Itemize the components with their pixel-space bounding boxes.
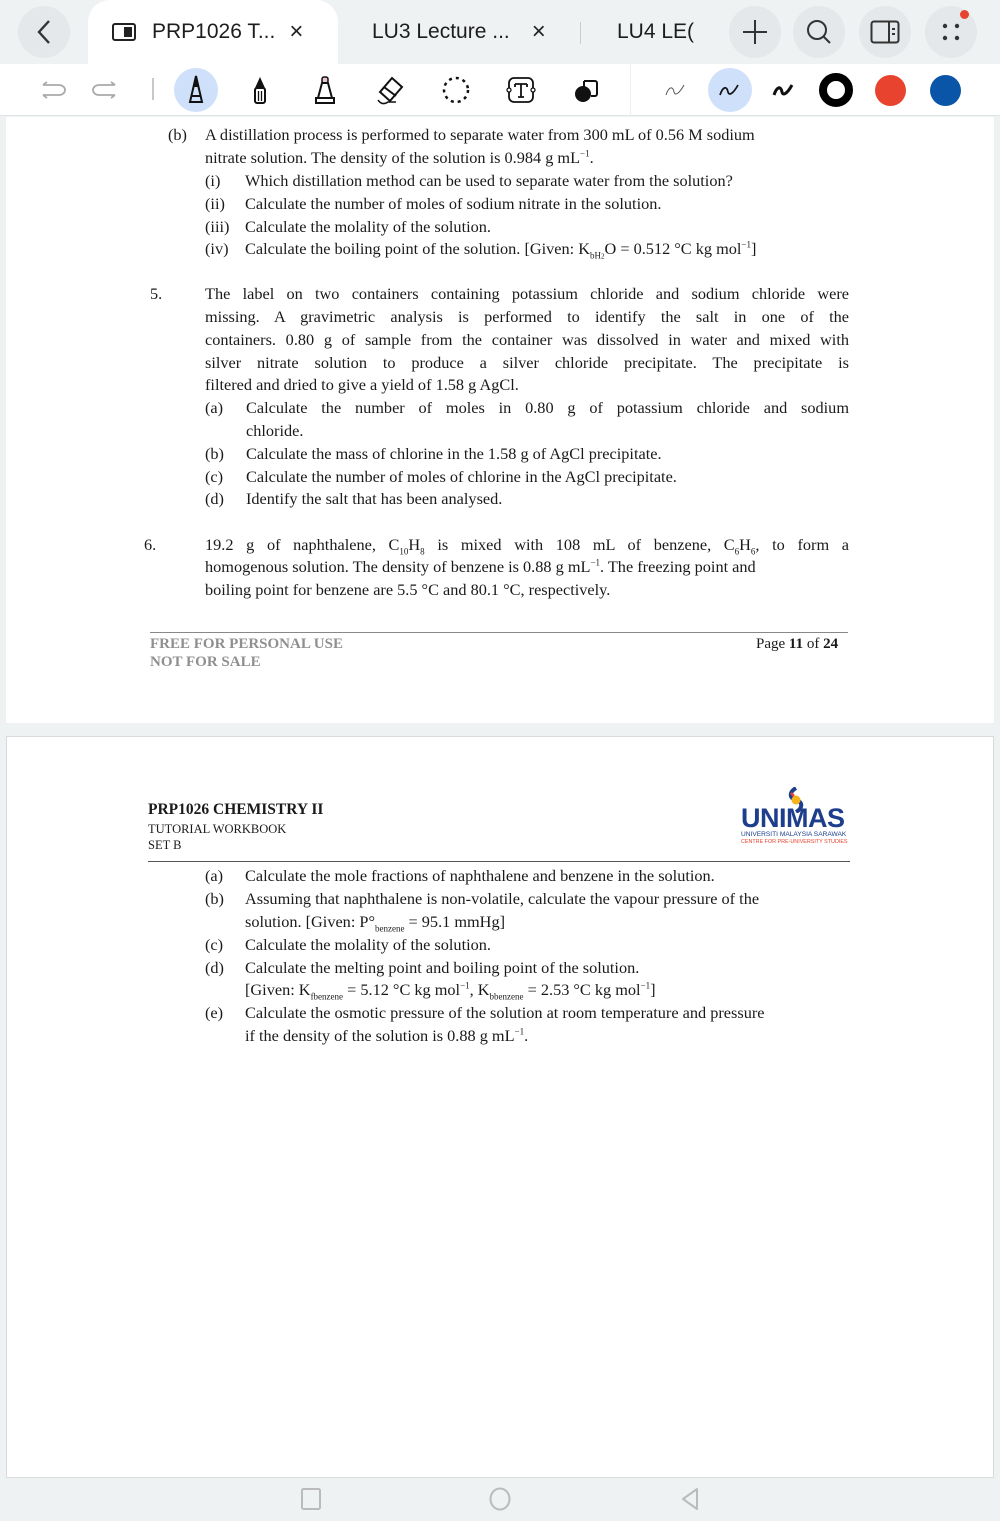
set-label: SET B: [148, 838, 181, 853]
pencil-icon: [250, 74, 270, 106]
annotation-toolbar: [0, 64, 1000, 116]
home-button[interactable]: [487, 1486, 513, 1512]
tab-bar: PRP1026 T... × LU3 Lecture ... × LU4 LE(: [0, 0, 1000, 64]
course-title: PRP1026 CHEMISTRY II: [148, 801, 323, 819]
subpart-text: [Given: Kfbenzene = 5.12 °C kg mol−1, Kb…: [245, 980, 656, 1001]
subpart-text: Identify the salt that has been analysed…: [246, 489, 502, 509]
shapes-icon: [570, 74, 602, 106]
more-button[interactable]: [925, 6, 977, 58]
color-blue[interactable]: [923, 68, 967, 112]
question-text: nitrate solution. The density of the sol…: [205, 148, 594, 168]
thin-stroke-icon: [663, 80, 689, 100]
subpart-label: (iii): [205, 217, 229, 237]
close-tab-button[interactable]: ×: [532, 18, 546, 46]
subpart-text: Assuming that naphthalene is non-volatil…: [245, 889, 759, 909]
split-view-icon: [870, 20, 900, 44]
subpart-text: Calculate the number of moles of sodium …: [245, 194, 661, 214]
subpart-text: Calculate the molality of the solution.: [245, 217, 491, 237]
subpart-label: (i): [205, 171, 220, 191]
question-number: 6.: [144, 535, 156, 555]
document-icon: [112, 23, 136, 41]
stroke-thick[interactable]: [762, 68, 806, 112]
question-number: 5.: [150, 284, 162, 304]
workbook-subtitle: TUTORIAL WORKBOOK: [148, 822, 286, 837]
redo-icon: [89, 80, 119, 100]
redo-button[interactable]: [82, 68, 126, 112]
question-text: boiling point for benzene are 5.5 °C and…: [205, 580, 610, 600]
highlighter-tool[interactable]: [303, 68, 347, 112]
subpart-label: (a): [205, 398, 223, 418]
subpart-label: (e): [205, 1003, 223, 1023]
new-tab-button[interactable]: [729, 6, 781, 58]
plus-icon: [741, 18, 769, 46]
subpart-text: if the density of the solution is 0.88 g…: [245, 1026, 528, 1046]
header-rule: [148, 861, 850, 862]
notification-dot: [960, 10, 969, 19]
color-swatch-red: [875, 75, 906, 106]
question-text: A distillation process is performed to s…: [205, 125, 755, 145]
toolbar-separator: [630, 64, 631, 116]
subpart-text: Which distillation method can be used to…: [245, 171, 733, 191]
subpart-label: (iv): [205, 239, 229, 259]
subpart-text: Calculate the mole fractions of naphthal…: [245, 866, 715, 886]
subpart-text: solution. [Given: P°benzene = 95.1 mmHg]: [245, 912, 505, 933]
subpart-text: Calculate the number of moles in 0.80 g …: [246, 398, 849, 418]
back-icon: [680, 1487, 700, 1511]
subpart-text: Calculate the molality of the solution.: [245, 935, 491, 955]
tab-divider: [580, 22, 581, 44]
back-button[interactable]: [18, 6, 70, 58]
subpart-label: (d): [205, 489, 224, 509]
tab-lu4-lecture[interactable]: LU4 LE(: [617, 0, 694, 64]
subpart-label: (b): [205, 889, 224, 909]
eraser-tool[interactable]: [368, 68, 412, 112]
chevron-left-icon: [34, 18, 54, 46]
logo-centre: CENTRE FOR PRE-UNIVERSITY STUDIES: [741, 839, 848, 845]
question-part-label: (b): [168, 125, 187, 145]
shapes-tool[interactable]: [564, 68, 608, 112]
stroke-thin[interactable]: [654, 68, 698, 112]
text-box-icon: [505, 74, 537, 106]
back-nav-button[interactable]: [677, 1486, 703, 1512]
toolbar-separator: [152, 78, 154, 100]
unimas-logo: UNIMAS UNIVERSITI MALAYSIA SARAWAK CENTR…: [741, 787, 853, 847]
tab-lu3-lecture[interactable]: LU3 Lecture ... ×: [372, 0, 546, 64]
logo-university: UNIVERSITI MALAYSIA SARAWAK: [741, 831, 846, 838]
subpart-text: Calculate the boiling point of the solut…: [245, 239, 756, 260]
footer-rule: [150, 632, 848, 633]
subpart-label: (c): [205, 467, 223, 487]
recents-button[interactable]: [298, 1486, 324, 1512]
question-text: filtered and dried to give a yield of 1.…: [205, 375, 519, 395]
footer-license: FREE FOR PERSONAL USE: [150, 636, 343, 653]
question-text: silver nitrate solution to produce a sil…: [205, 353, 849, 373]
subpart-text: chloride.: [246, 421, 303, 441]
question-text: containers. 0.80 g of sample from the co…: [205, 330, 849, 350]
pencil-tool[interactable]: [238, 68, 282, 112]
subpart-label: (c): [205, 935, 223, 955]
subpart-text: Calculate the osmotic pressure of the so…: [245, 1003, 764, 1023]
subpart-label: (d): [205, 958, 224, 978]
logo-text: UNIMAS: [741, 803, 845, 834]
question-text: missing. A gravimetric analysis is perfo…: [205, 307, 849, 327]
color-swatch-blue: [930, 75, 961, 106]
pen-tool[interactable]: [174, 68, 218, 112]
close-tab-button[interactable]: ×: [289, 18, 303, 46]
subpart-label: (a): [205, 866, 223, 886]
recents-icon: [301, 1488, 321, 1510]
question-text: homogenous solution. The density of benz…: [205, 557, 756, 577]
undo-icon: [39, 80, 69, 100]
eraser-icon: [374, 74, 406, 106]
lasso-icon: [440, 74, 472, 106]
more-dots-icon: [940, 21, 962, 43]
home-icon: [489, 1487, 511, 1511]
undo-button[interactable]: [32, 68, 76, 112]
document-page-11: (b) A distillation process is performed …: [6, 117, 994, 723]
question-text: The label on two containers containing p…: [205, 284, 849, 304]
footer-license: NOT FOR SALE: [150, 654, 261, 671]
thick-stroke-icon: [771, 80, 797, 100]
highlighter-icon: [313, 74, 337, 106]
document-page-12: PRP1026 CHEMISTRY II TUTORIAL WORKBOOK S…: [6, 736, 994, 1478]
text-tool[interactable]: [499, 68, 543, 112]
color-swatch-black-selected: [819, 73, 853, 107]
stroke-medium[interactable]: [708, 68, 752, 112]
tab-label: LU3 Lecture ...: [372, 20, 510, 44]
subpart-label: (ii): [205, 194, 225, 214]
tab-prp1026[interactable]: PRP1026 T... ×: [88, 0, 338, 64]
medium-stroke-icon: [717, 80, 743, 100]
subpart-text: Calculate the number of moles of chlorin…: [246, 467, 677, 487]
color-red[interactable]: [868, 68, 912, 112]
subpart-text: Calculate the mass of chlorine in the 1.…: [246, 444, 662, 464]
system-nav-bar: [0, 1478, 1000, 1521]
color-black[interactable]: [814, 68, 858, 112]
search-button[interactable]: [793, 6, 845, 58]
lasso-tool[interactable]: [434, 68, 478, 112]
tab-label: LU4 LE(: [617, 20, 694, 44]
subpart-text: Calculate the melting point and boiling …: [245, 958, 639, 978]
search-icon: [805, 18, 833, 46]
subpart-label: (b): [205, 444, 224, 464]
pen-icon: [186, 74, 206, 106]
page-number: Page 11 of 24: [756, 636, 838, 653]
tab-label: PRP1026 T...: [152, 20, 275, 44]
question-text: 19.2 g of naphthalene, C10H8 is mixed wi…: [205, 535, 849, 556]
split-view-button[interactable]: [859, 6, 911, 58]
